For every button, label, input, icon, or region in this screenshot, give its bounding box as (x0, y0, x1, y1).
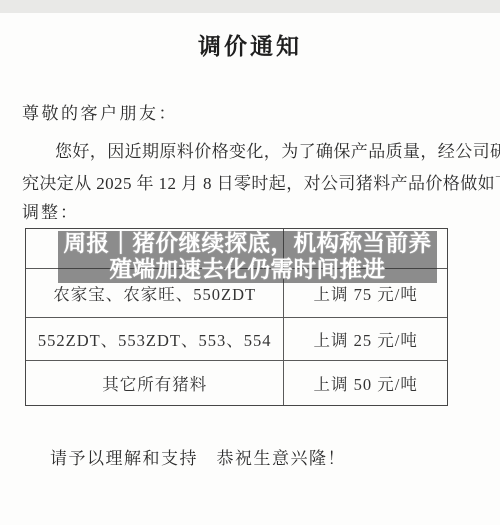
table-row: 552ZDT、553ZDT、553、554 上调 25 元/吨 (26, 317, 447, 360)
product-names-cell: 其它所有猪料 (26, 361, 284, 405)
product-names-cell: 552ZDT、553ZDT、553、554 (26, 318, 284, 360)
photo-top-band (0, 0, 500, 13)
headline-line-2: 殖端加速去化仍需时间推进 (109, 257, 385, 283)
notice-photo: 调价通知 尊敬的客户朋友： 您好，因近期原料价格变化，为了确保产品质量，经公司研… (0, 0, 500, 525)
body-line-3: 调整： (22, 198, 79, 223)
closing-text: 请予以理解和支持 恭祝生意兴隆！ (50, 444, 346, 469)
adjustment-cell: 上调 25 元/吨 (284, 318, 447, 360)
body-line-2: 究决定从 2025 年 12 月 8 日零时起，对公司猪料产品价格做如下 (22, 169, 500, 194)
headline-line-1: 周报｜猪价继续探底，机构称当前养 (63, 231, 431, 257)
page-title: 调价通知 (0, 28, 500, 61)
table-row: 其它所有猪料 上调 50 元/吨 (26, 360, 447, 405)
adjustment-cell: 上调 50 元/吨 (284, 361, 447, 405)
greeting-text: 尊敬的客户朋友： (22, 99, 178, 124)
body-line-1: 您好，因近期原料价格变化，为了确保产品质量，经公司研 (55, 137, 500, 162)
news-headline-banner[interactable]: 周报｜猪价继续探底，机构称当前养 殖端加速去化仍需时间推进 (58, 231, 437, 283)
